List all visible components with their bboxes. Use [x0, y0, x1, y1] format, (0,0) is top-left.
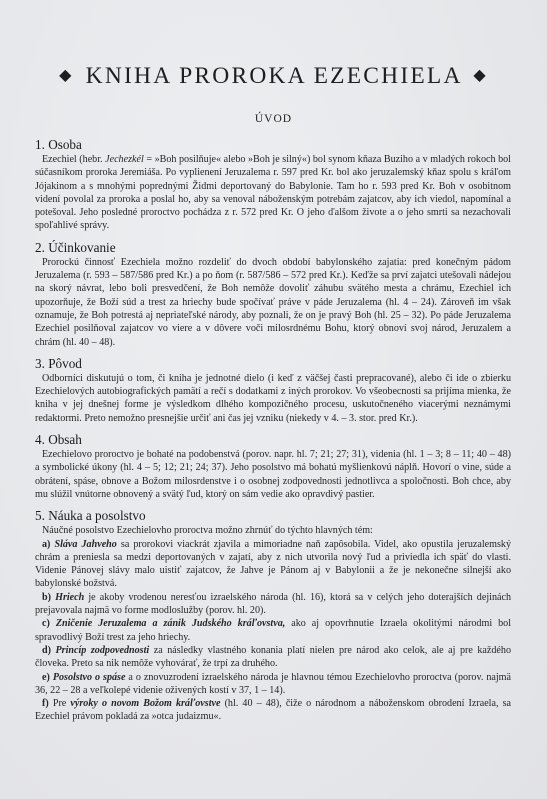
hebrew-name: Jechezkél [105, 154, 144, 165]
paragraph: Odborníci diskutujú o tom, či kniha je j… [35, 372, 511, 425]
item-keyword: Zničenie Jeruzalema a zánik Judského krá… [56, 618, 285, 629]
paragraph: Ezechielovo proroctvo je bohaté na podob… [35, 448, 511, 501]
section-heading: 1. Osoba [35, 137, 511, 153]
section-nauka-a-posolstvo: 5. Náuka a posolstvo Náučné posolstvo Ez… [35, 508, 511, 723]
section-heading: 4. Obsah [35, 432, 511, 448]
book-title-text: KNIHA PROROKA EZECHIELA [86, 63, 462, 89]
list-item: e) Posolstvo o spáse a o znovuzrodení iz… [35, 671, 511, 698]
item-keyword: výroky o novom Božom kráľovstve [70, 698, 220, 709]
item-label: d) [42, 645, 51, 656]
diamond-ornament-icon: ◆ [59, 67, 74, 84]
paragraph: Ezechiel (hebr. Jechezkél = »Boh posilňu… [35, 153, 511, 233]
text-run: je akoby vrodenou neresťou izraelského n… [35, 592, 511, 616]
paragraph: Náučné posolstvo Ezechielovho proroctva … [35, 524, 511, 537]
section-obsah: 4. Obsah Ezechielovo proroctvo je bohaté… [35, 432, 511, 501]
list-item: c) Zničenie Jeruzalema a zánik Judského … [35, 617, 511, 644]
list-item: a) Sláva Jahveho sa prorokovi viackrát z… [35, 538, 511, 591]
item-keyword: Princíp zodpovednosti [56, 645, 150, 656]
diamond-ornament-icon: ◆ [473, 67, 488, 84]
introduction-body: 1. Osoba Ezechiel (hebr. Jechezkél = »Bo… [35, 137, 511, 731]
book-title: ◆ KNIHA PROROKA EZECHIELA ◆ [0, 63, 547, 90]
item-label: f) [42, 698, 49, 709]
section-heading: 3. Pôvod [35, 356, 511, 372]
item-label: b) [42, 592, 51, 603]
section-ucinkovanie: 2. Účinkovanie Prorockú činnosť Ezechiel… [35, 240, 511, 349]
paragraph: Prorockú činnosť Ezechiela možno rozdeli… [35, 256, 511, 349]
book-page: ◆ KNIHA PROROKA EZECHIELA ◆ ÚVOD 1. Osob… [0, 0, 547, 799]
section-subtitle: ÚVOD [0, 113, 547, 125]
text-run: Ezechiel (hebr. [42, 154, 105, 165]
item-keyword: Hriech [55, 592, 84, 603]
list-item: f) Pre výroky o novom Božom kráľovstve (… [35, 697, 511, 724]
item-keyword: Sláva Jahveho [54, 539, 116, 550]
list-item: d) Princíp zodpovednosti za následky vla… [35, 644, 511, 671]
text-run: = »Boh posilňuje« alebo »Boh je silný«) … [35, 154, 511, 231]
list-item: b) Hriech je akoby vrodenou neresťou izr… [35, 591, 511, 618]
item-label: e) [42, 672, 50, 683]
section-osoba: 1. Osoba Ezechiel (hebr. Jechezkél = »Bo… [35, 137, 511, 233]
item-label: c) [42, 618, 50, 629]
item-keyword: Posolstvo o spáse [53, 672, 126, 683]
section-heading: 5. Náuka a posolstvo [35, 508, 511, 524]
section-povod: 3. Pôvod Odborníci diskutujú o tom, či k… [35, 356, 511, 425]
text-run: Pre [49, 698, 71, 709]
section-heading: 2. Účinkovanie [35, 240, 511, 256]
